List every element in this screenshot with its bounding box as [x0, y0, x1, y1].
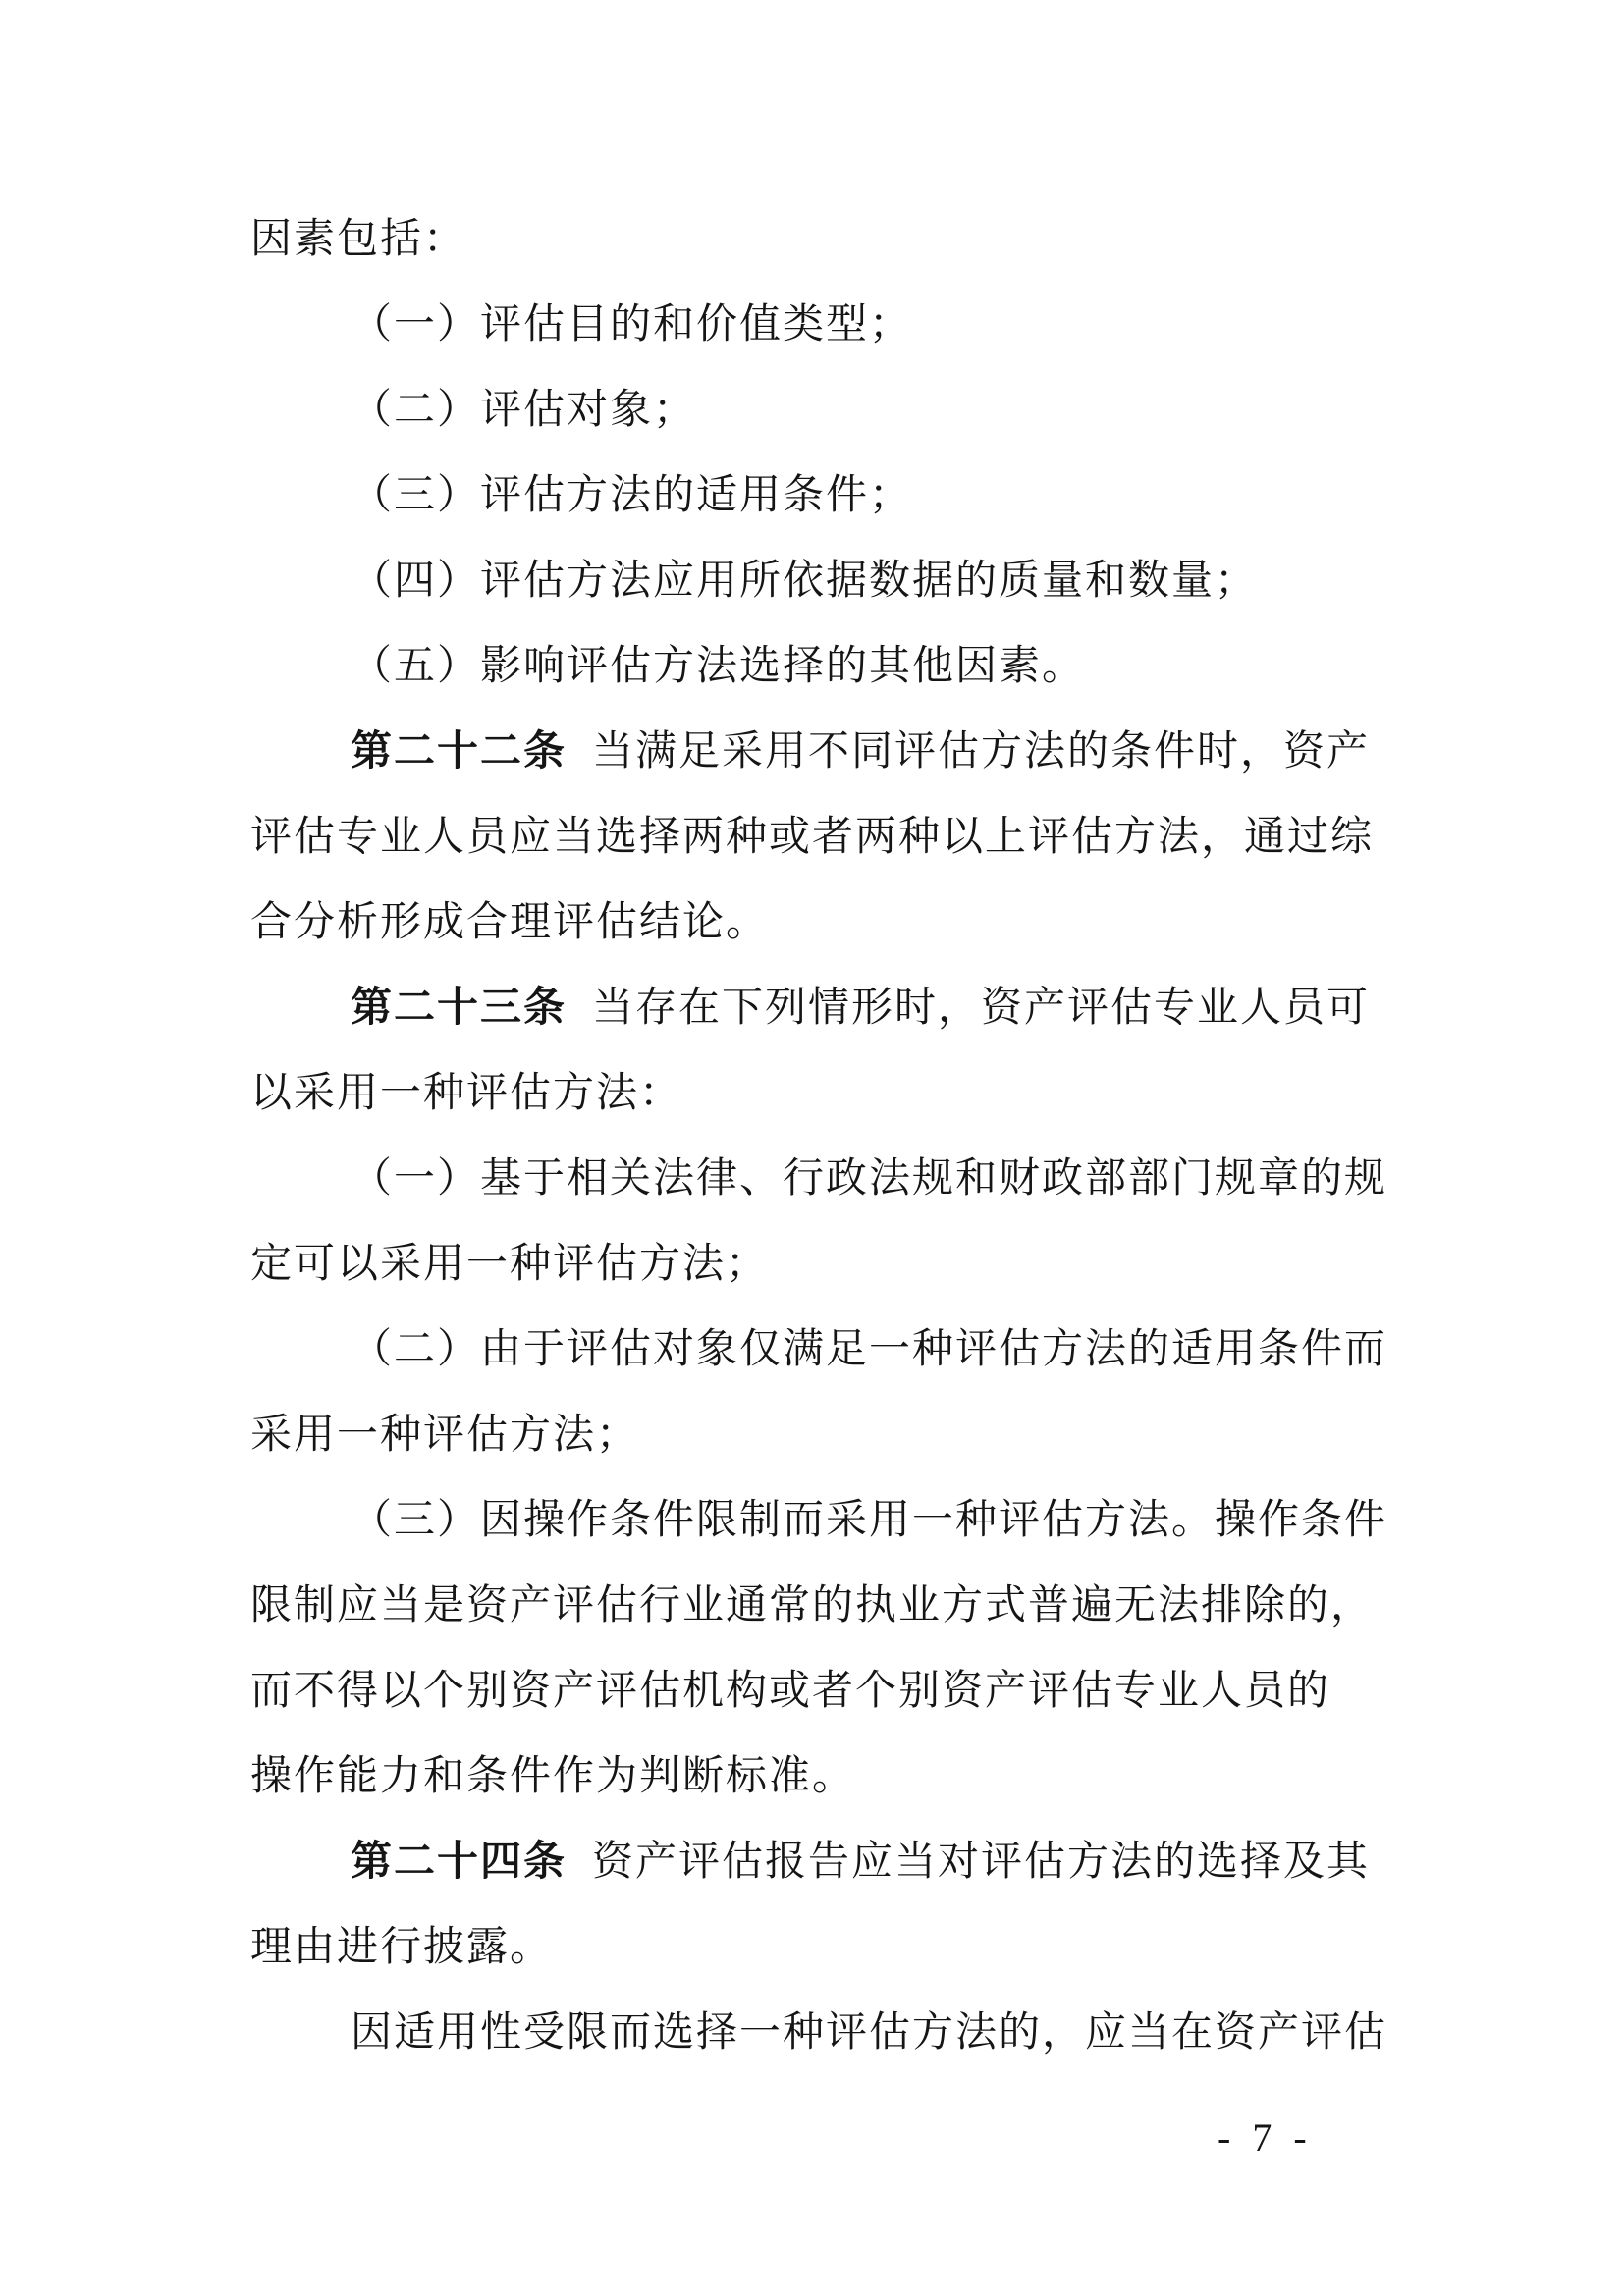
text-line: 因适用性受限而选择一种评估方法的，应当在资产评估 — [250, 1991, 1380, 2076]
text-segment: 理由进行披露。 — [250, 1925, 553, 1970]
text-segment: 而不得以个别资产评估机构或者个别资产评估专业人员的 — [250, 1669, 1330, 1714]
text-segment: （一）评估目的和价值类型； — [351, 302, 912, 347]
text-line: 以采用一种评估方法： — [250, 1051, 1380, 1137]
text-segment: 以采用一种评估方法： — [250, 1071, 682, 1116]
text-segment: （二）评估对象； — [351, 388, 696, 433]
text-line: 第二十二条当满足采用不同评估方法的条件时，资产 — [250, 710, 1380, 795]
text-segment: 操作能力和条件作为判断标准。 — [250, 1754, 855, 1799]
text-segment: 合分析形成合理评估结论。 — [250, 900, 769, 945]
text-segment: 评估专业人员应当选择两种或者两种以上评估方法，通过综 — [250, 815, 1374, 860]
text-segment: 限制应当是资产评估行业通常的执业方式普遍无法排除的， — [250, 1583, 1374, 1629]
text-segment: （五）影响评估方法选择的其他因素。 — [351, 644, 1085, 689]
text-line: （三）评估方法的适用条件； — [250, 454, 1380, 539]
text-line: 定可以采用一种评估方法； — [250, 1222, 1380, 1308]
text-line: （一）基于相关法律、行政法规和财政部部门规章的规 — [250, 1137, 1380, 1222]
text-segment: 因适用性受限而选择一种评估方法的，应当在资产评估 — [351, 2010, 1387, 2056]
text-segment: （四）评估方法应用所依据数据的质量和数量； — [351, 559, 1258, 604]
clause-heading: 第二十二条 — [351, 729, 567, 774]
text-line: 评估专业人员应当选择两种或者两种以上评估方法，通过综 — [250, 795, 1380, 881]
text-line: 因素包括： — [250, 197, 1380, 283]
text-segment: 当存在下列情形时，资产评估专业人员可 — [592, 986, 1370, 1031]
text-line: 而不得以个别资产评估机构或者个别资产评估专业人员的 — [250, 1649, 1380, 1735]
text-segment: 采用一种评估方法； — [250, 1413, 639, 1458]
text-line: （二）由于评估对象仅满足一种评估方法的适用条件而 — [250, 1308, 1380, 1393]
document-page: 因素包括：（一）评估目的和价值类型；（二）评估对象；（三）评估方法的适用条件；（… — [0, 0, 1624, 2296]
page-number: - 7 - — [1218, 2110, 1313, 2165]
text-line: （二）评估对象； — [250, 368, 1380, 454]
text-line: 合分析形成合理评估结论。 — [250, 881, 1380, 966]
text-line: 操作能力和条件作为判断标准。 — [250, 1735, 1380, 1820]
text-line: 限制应当是资产评估行业通常的执业方式普遍无法排除的， — [250, 1564, 1380, 1649]
text-segment: 资产评估报告应当对评估方法的选择及其 — [592, 1840, 1370, 1885]
text-line: 第二十四条资产评估报告应当对评估方法的选择及其 — [250, 1820, 1380, 1905]
clause-heading: 第二十四条 — [351, 1840, 567, 1885]
text-line: （四）评估方法应用所依据数据的质量和数量； — [250, 539, 1380, 624]
text-segment: 定可以采用一种评估方法； — [250, 1242, 769, 1287]
text-segment: 因素包括： — [250, 217, 466, 262]
text-line: 采用一种评估方法； — [250, 1393, 1380, 1478]
text-segment: （三）评估方法的适用条件； — [351, 473, 912, 518]
text-line: （三）因操作条件限制而采用一种评估方法。操作条件 — [250, 1478, 1380, 1564]
clause-heading: 第二十三条 — [351, 986, 567, 1031]
text-line: 理由进行披露。 — [250, 1905, 1380, 1991]
text-segment: （一）基于相关法律、行政法规和财政部部门规章的规 — [351, 1156, 1387, 1201]
text-segment: （二）由于评估对象仅满足一种评估方法的适用条件而 — [351, 1327, 1387, 1372]
text-line: （五）影响评估方法选择的其他因素。 — [250, 624, 1380, 710]
text-segment: 当满足采用不同评估方法的条件时，资产 — [592, 729, 1370, 774]
text-segment: （三）因操作条件限制而采用一种评估方法。操作条件 — [351, 1498, 1387, 1543]
document-text-block: 因素包括：（一）评估目的和价值类型；（二）评估对象；（三）评估方法的适用条件；（… — [250, 197, 1380, 2076]
text-line: 第二十三条当存在下列情形时，资产评估专业人员可 — [250, 966, 1380, 1051]
text-line: （一）评估目的和价值类型； — [250, 283, 1380, 368]
